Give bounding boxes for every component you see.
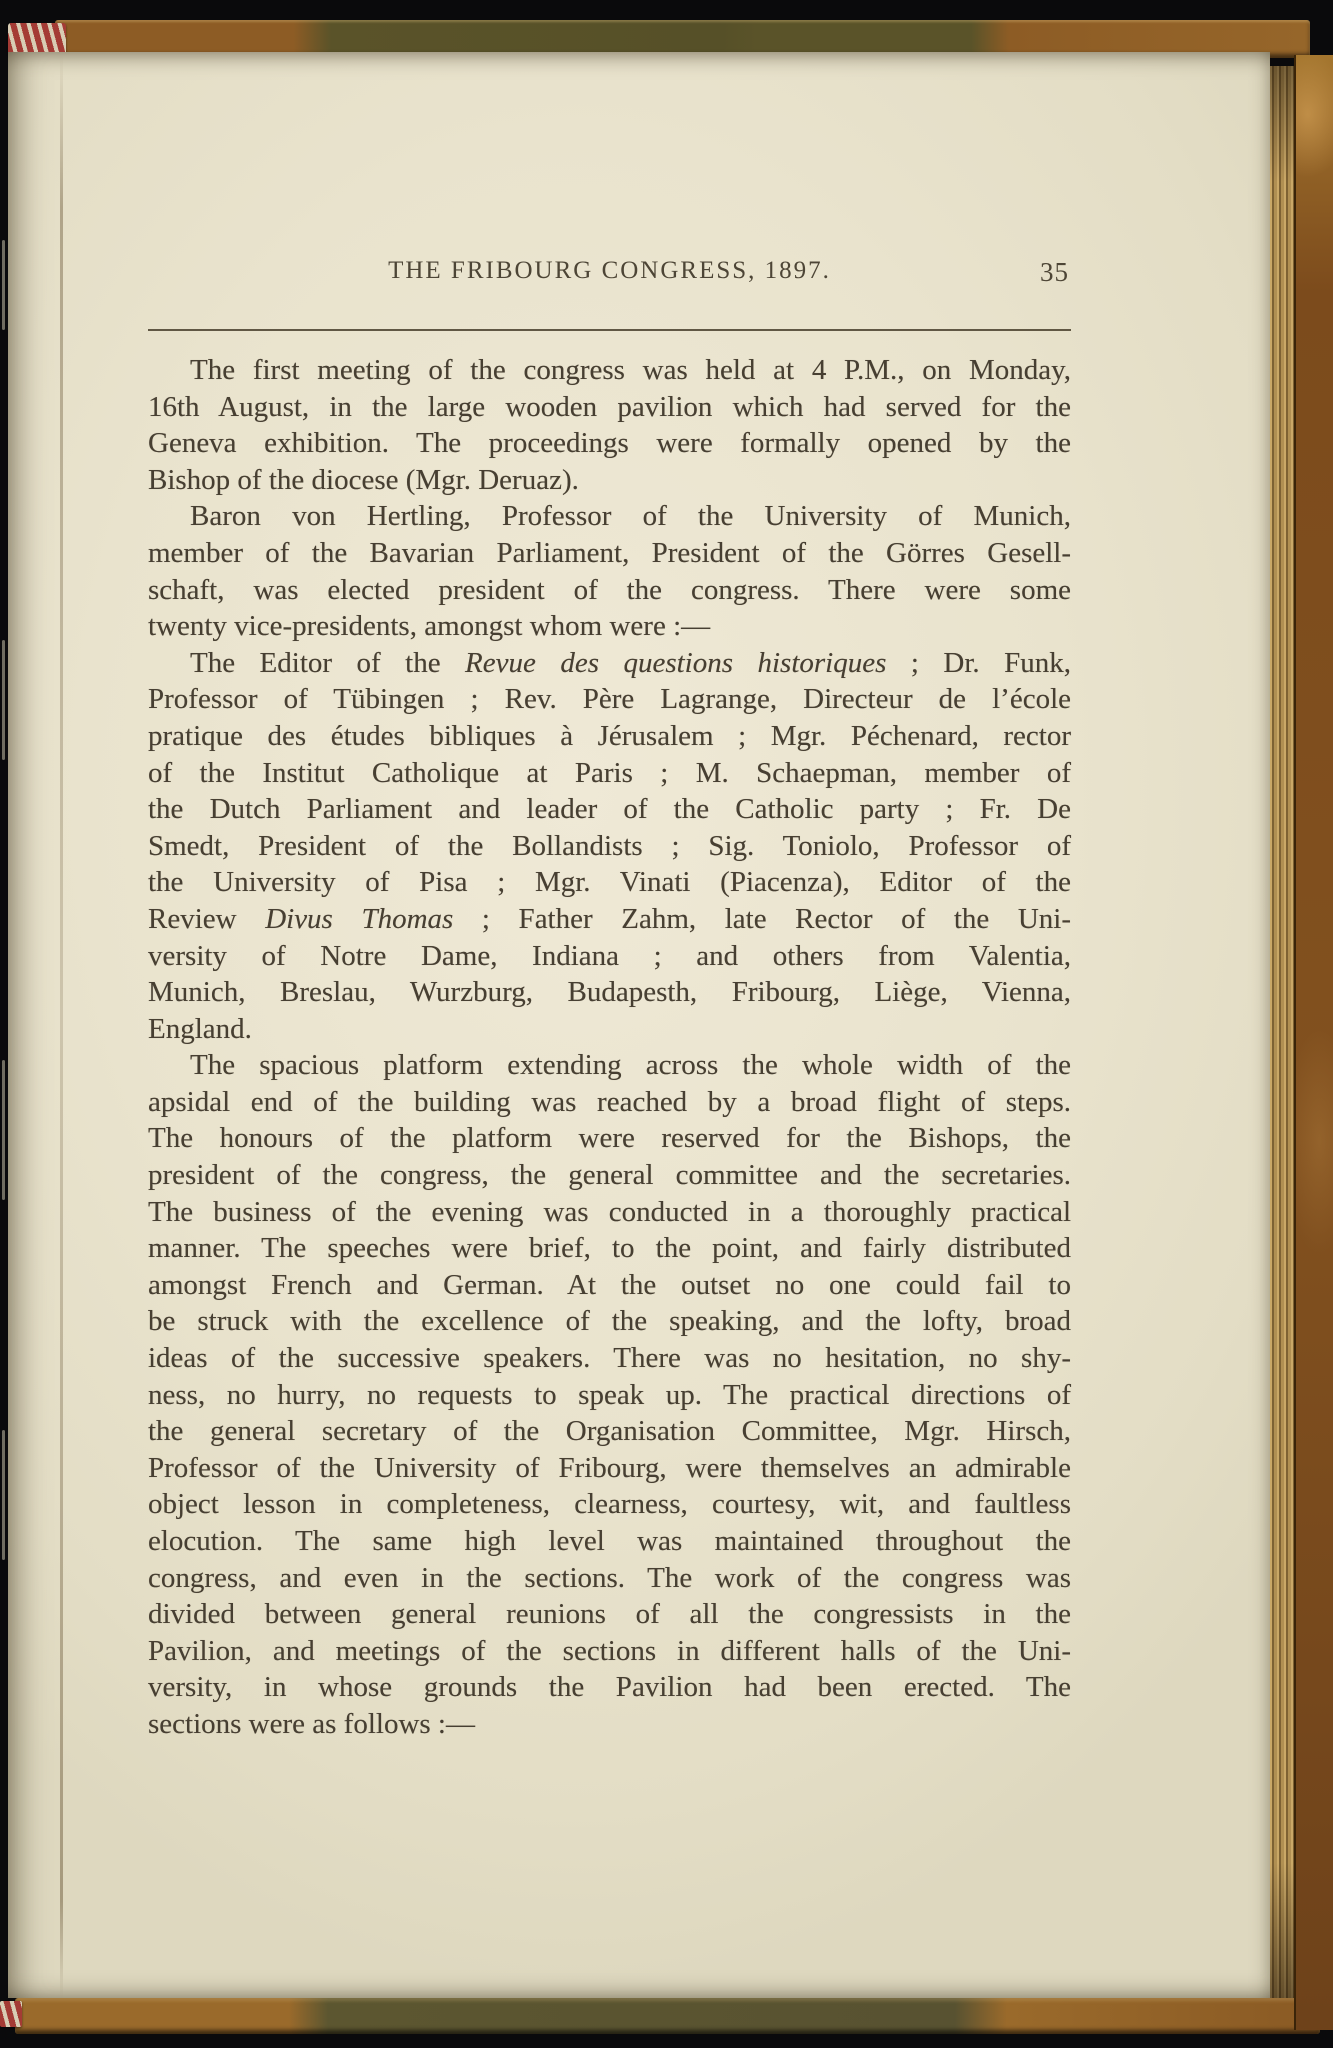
page-edge-glint xyxy=(2,1430,5,1560)
text-line: England. xyxy=(148,1011,1071,1048)
paragraph: The Editor of the Revue des questions hi… xyxy=(148,645,1071,1048)
text-line: Baron von Hertling, Professor of the Uni… xyxy=(148,498,1071,535)
text-line: Professor of the University of Fribourg,… xyxy=(148,1450,1071,1487)
text-line: amongst French and German. At the outset… xyxy=(148,1267,1071,1304)
running-head-title: THE FRIBOURG CONGRESS, 1897. xyxy=(388,257,831,284)
text-line: Professor of Tübingen ; Rev. Père Lagran… xyxy=(148,681,1071,718)
text-line: Munich, Breslau, Wurzburg, Budapesth, Fr… xyxy=(148,974,1071,1011)
text-line: versity, in whose grounds the Pavilion h… xyxy=(148,1669,1071,1706)
text-line: The first meeting of the congress was he… xyxy=(148,352,1071,389)
running-head: THE FRIBOURG CONGRESS, 1897. 35 xyxy=(148,257,1071,285)
text-line: The honours of the platform were reserve… xyxy=(148,1120,1071,1157)
text-line: The spacious platform extending across t… xyxy=(148,1047,1071,1084)
text-line: Geneva exhibition. The proceedings were … xyxy=(148,425,1071,462)
headband-top xyxy=(8,23,66,55)
paragraph: The first meeting of the congress was he… xyxy=(148,352,1071,498)
text-line: manner. The speeches were brief, to the … xyxy=(148,1230,1071,1267)
book-photo: THE FRIBOURG CONGRESS, 1897. 35 The firs… xyxy=(0,0,1333,2048)
page-crease xyxy=(60,52,63,1998)
paragraph: Baron von Hertling, Professor of the Uni… xyxy=(148,498,1071,644)
text-line: 16th August, in the large wooden pavilio… xyxy=(148,389,1071,426)
headband-bottom xyxy=(0,2001,22,2027)
text-line: object lesson in completeness, clearness… xyxy=(148,1486,1071,1523)
text-line: the University of Pisa ; Mgr. Vinati (Pi… xyxy=(148,864,1071,901)
page-edge-glint xyxy=(2,1060,5,1200)
text-line: ness, no hurry, no requests to speak up.… xyxy=(148,1377,1071,1414)
text-line: versity of Notre Dame, Indiana ; and oth… xyxy=(148,938,1071,975)
page-number: 35 xyxy=(1040,257,1069,288)
text-line: divided between general reunions of all … xyxy=(148,1596,1071,1633)
text-line: apsidal end of the building was reached … xyxy=(148,1084,1071,1121)
text-line: be struck with the excellence of the spe… xyxy=(148,1303,1071,1340)
text-line: member of the Bavarian Parliament, Presi… xyxy=(148,535,1071,572)
text-line: Smedt, President of the Bollandists ; Si… xyxy=(148,828,1071,865)
text-line: president of the congress, the general c… xyxy=(148,1157,1071,1194)
header-rule xyxy=(148,329,1071,331)
page-edges-right xyxy=(1270,66,1294,1998)
text-line: congress, and even in the sections. The … xyxy=(148,1560,1071,1597)
text-body: The first meeting of the congress was he… xyxy=(148,352,1071,1743)
book-cover-right xyxy=(1294,55,1333,2030)
text-line: schaft, was elected president of the con… xyxy=(148,572,1071,609)
text-line: the Dutch Parliament and leader of the C… xyxy=(148,791,1071,828)
text-line: The Editor of the Revue des questions hi… xyxy=(148,645,1071,682)
book-bottom-edge xyxy=(15,1998,1320,2034)
text-line: of the Institut Catholique at Paris ; M.… xyxy=(148,755,1071,792)
text-line: Review Divus Thomas ; Father Zahm, late … xyxy=(148,901,1071,938)
page-edge-glint xyxy=(2,640,5,760)
text-line: the general secretary of the Organisatio… xyxy=(148,1413,1071,1450)
text-line: The business of the evening was conducte… xyxy=(148,1194,1071,1231)
text-line: ideas of the successive speakers. There … xyxy=(148,1340,1071,1377)
text-line: elocution. The same high level was maint… xyxy=(148,1523,1071,1560)
page-edge-glint xyxy=(2,240,5,330)
text-line: sections were as follows :— xyxy=(148,1706,1071,1743)
text-line: Bishop of the diocese (Mgr. Deruaz). xyxy=(148,462,1071,499)
text-line: twenty vice-presidents, amongst whom wer… xyxy=(148,608,1071,645)
text-line: Pavilion, and meetings of the sections i… xyxy=(148,1633,1071,1670)
paragraph: The spacious platform extending across t… xyxy=(148,1047,1071,1742)
book-page: THE FRIBOURG CONGRESS, 1897. 35 The firs… xyxy=(8,52,1270,1998)
text-line: pratique des études bibliques à Jérusale… xyxy=(148,718,1071,755)
